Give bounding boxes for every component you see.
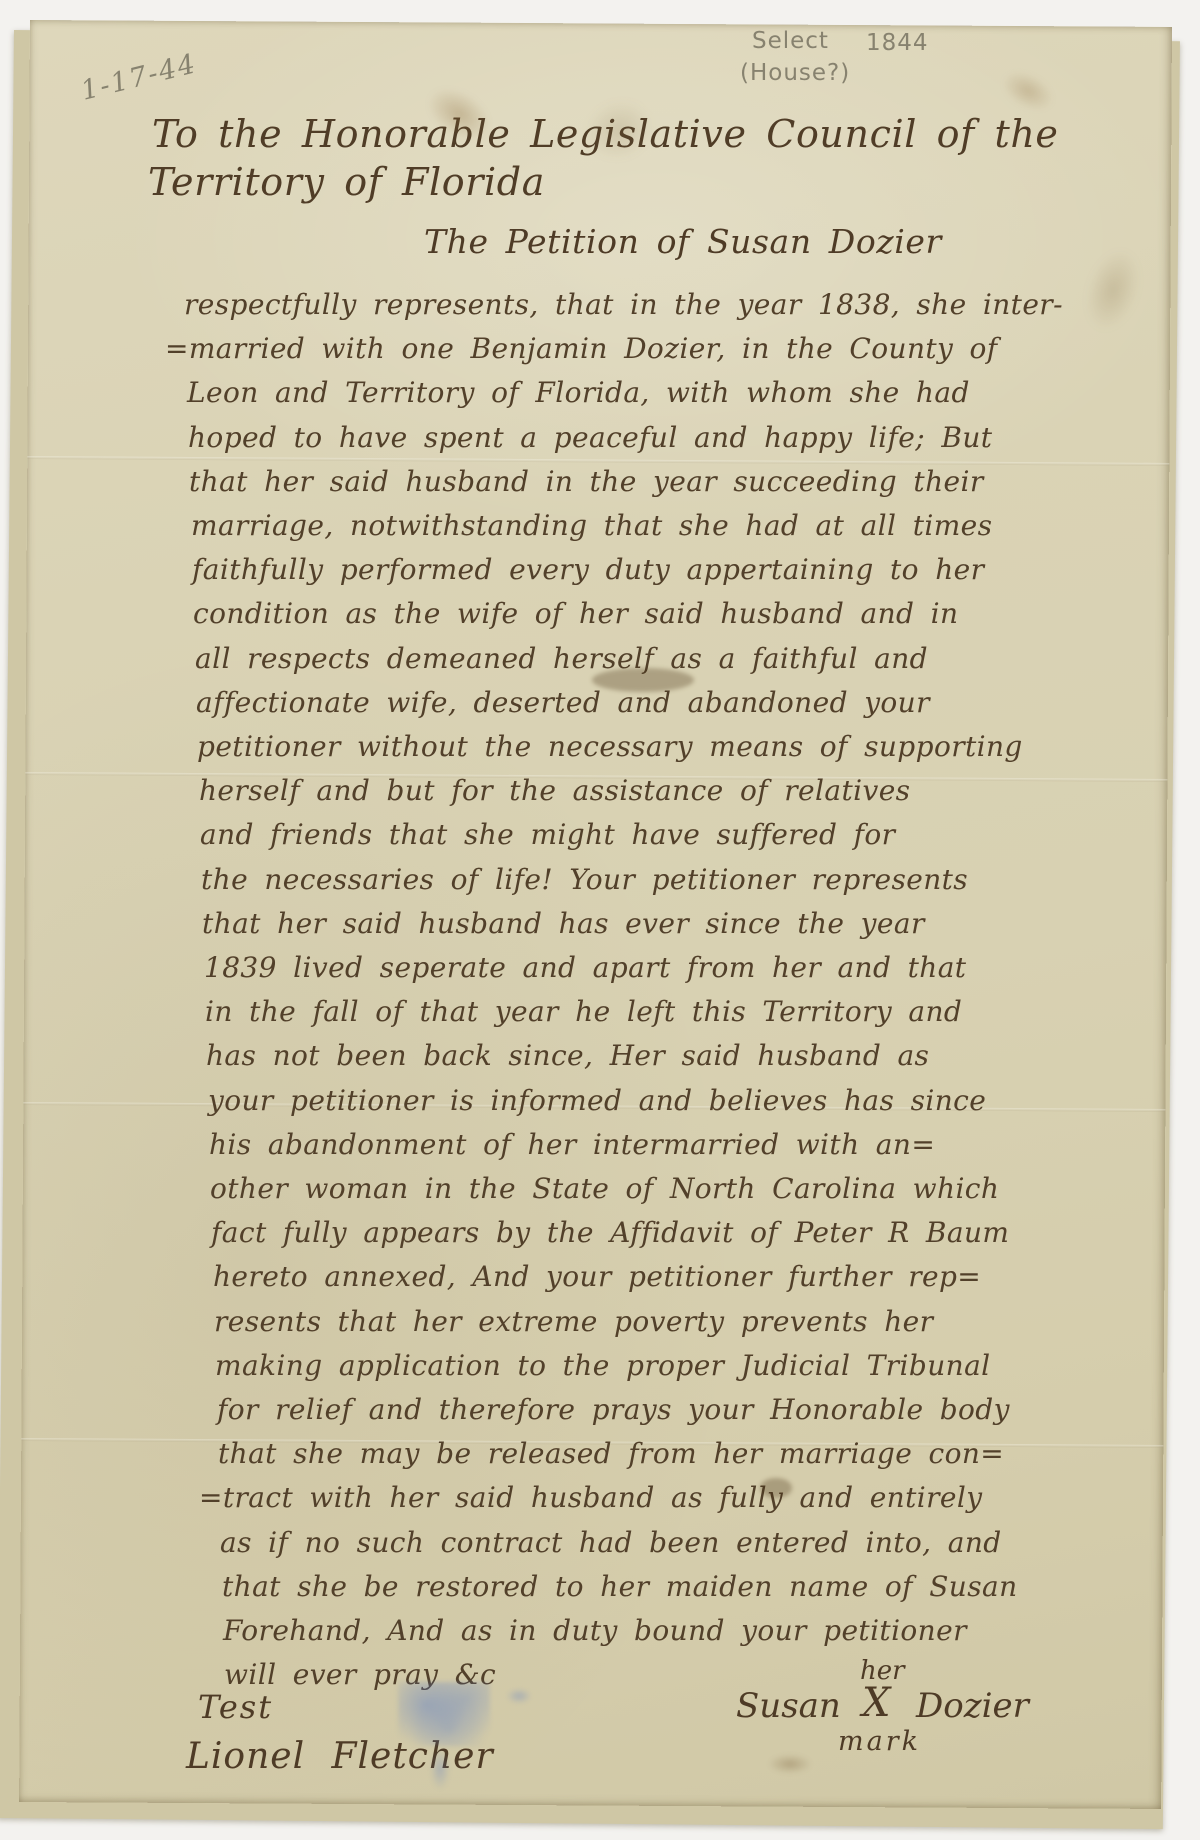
- pencil-year-note: 1844: [866, 30, 929, 56]
- pencil-chamber-note: (House?): [740, 60, 850, 86]
- petition-line: affectionate wife, deserted and abandone…: [196, 686, 930, 719]
- petition-line: hoped to have spent a peaceful and happy…: [188, 421, 992, 454]
- petition-line: Leon and Territory of Florida, with whom…: [187, 376, 970, 409]
- petition-line: Forehand, And as in duty bound your peti…: [223, 1614, 967, 1647]
- petition-line: =married with one Benjamin Dozier, in th…: [165, 332, 998, 365]
- petition-line: as if no such contract had been entered …: [220, 1526, 1002, 1559]
- petition-line: his abandonment of her intermarried with…: [209, 1128, 935, 1161]
- petition-line: fact fully appears by the Affidavit of P…: [211, 1216, 1009, 1249]
- mark-label: mark: [838, 1726, 921, 1757]
- salutation-line-1: To the Honorable Legislative Council of …: [152, 112, 1059, 156]
- petition-line: condition as the wife of her said husban…: [193, 597, 958, 630]
- petition-line: resents that her extreme poverty prevent…: [214, 1305, 933, 1338]
- petition-line: in the fall of that year he left this Te…: [205, 995, 962, 1028]
- signature-mark-x: X: [862, 1680, 890, 1726]
- petition-line: marriage, notwithstanding that she had a…: [191, 509, 992, 542]
- petition-line: respectfully represents, that in the yea…: [184, 288, 1063, 321]
- petition-line: all respects demeaned herself as a faith…: [195, 642, 928, 675]
- signer-first-name: Susan: [736, 1686, 841, 1726]
- petition-line: herself and but for the assistance of re…: [199, 774, 910, 807]
- pencil-committee-note: Select: [752, 28, 829, 54]
- petition-line: that she be restored to her maiden name …: [222, 1570, 1018, 1603]
- petition-line: for relief and therefore prays your Hono…: [217, 1393, 1010, 1426]
- petition-line: the necessaries of life! Your petitioner…: [201, 863, 968, 896]
- petition-opening-line: The Petition of Susan Dozier: [424, 222, 942, 261]
- petition-line: hereto annexed, And your petitioner furt…: [213, 1260, 981, 1293]
- petition-line: your petitioner is informed and believes…: [208, 1084, 986, 1117]
- petition-line: that her said husband in the year succee…: [189, 465, 984, 498]
- petition-line: 1839 lived seperate and apart from her a…: [204, 951, 966, 984]
- document-scan: 1-17-44 Select (House?) 1844 To the Hono…: [0, 0, 1200, 1840]
- petition-line: petitioner without the necessary means o…: [197, 730, 1023, 763]
- petition-line: that her said husband has ever since the…: [202, 907, 925, 940]
- petition-line: will ever pray &c: [224, 1658, 496, 1691]
- petition-line: faithfully performed every duty appertai…: [192, 553, 984, 586]
- salutation-line-2: Territory of Florida: [148, 160, 545, 204]
- petition-line: making application to the proper Judicia…: [215, 1349, 991, 1382]
- signer-last-name: Dozier: [916, 1686, 1029, 1726]
- witness-signature: Lionel Fletcher: [186, 1736, 494, 1777]
- petition-line: and friends that she might have suffered…: [200, 818, 895, 851]
- petition-line: =tract with her said husband as fully an…: [199, 1481, 982, 1514]
- petition-line: has not been back since, Her said husban…: [206, 1039, 929, 1072]
- attest-label: Test: [198, 1688, 273, 1726]
- petition-line: that she may be released from her marria…: [218, 1437, 1004, 1470]
- petition-line: other woman in the State of North Caroli…: [210, 1172, 999, 1205]
